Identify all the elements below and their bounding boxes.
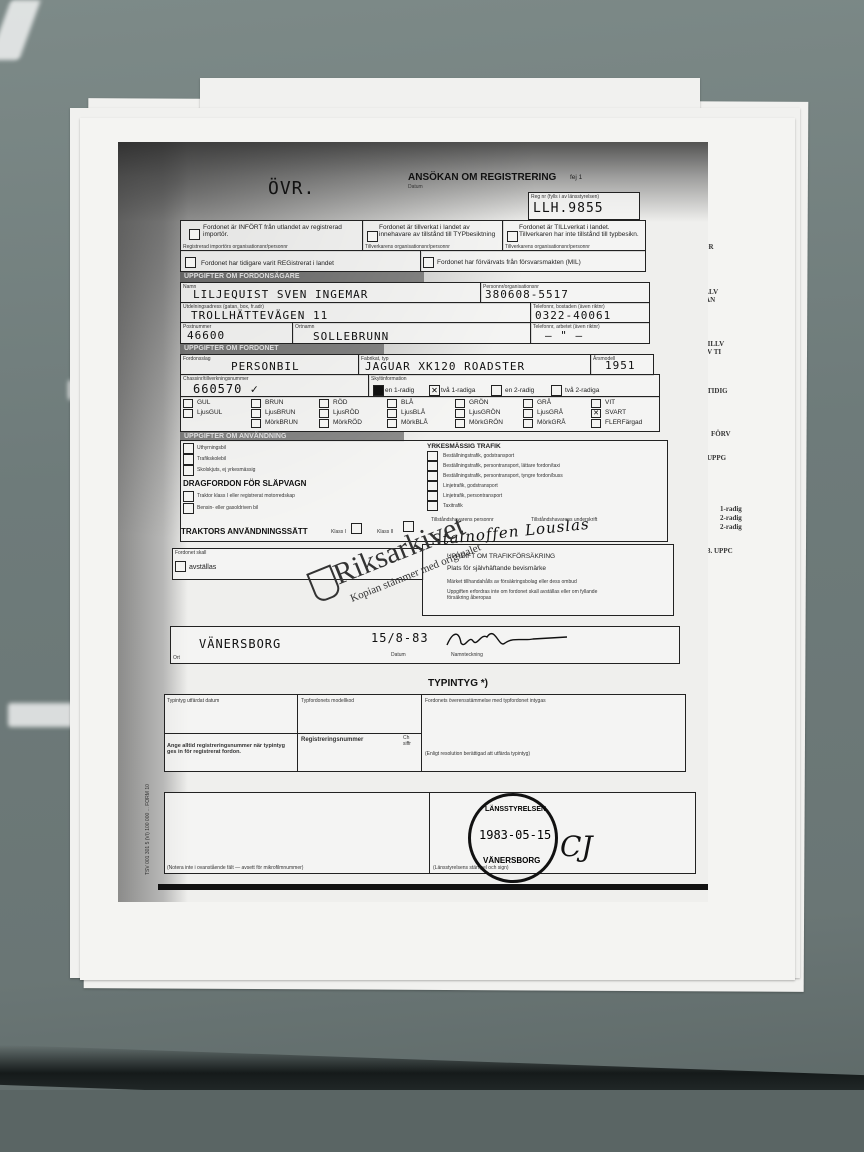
date-label-2: Datum <box>391 652 406 658</box>
divider <box>165 733 421 734</box>
plate-label: Skyltinformation <box>371 376 407 382</box>
import-checkbox[interactable] <box>189 229 200 240</box>
color-option: BRUN <box>265 399 283 406</box>
color-checkbox[interactable] <box>183 399 193 408</box>
address-value: TROLLHÄTTEVÄGEN 11 <box>191 309 328 322</box>
tc-note: Ange alltid registreringsnummer när typi… <box>167 743 291 755</box>
city-label: Ortnamn <box>295 324 314 330</box>
plate-option-2: två 1-radiga <box>441 387 475 394</box>
color-checkbox[interactable] <box>523 419 533 428</box>
color-checkbox[interactable] <box>251 399 261 408</box>
pnr-field: Personnr/organisationsnr 380608-5517 <box>480 282 650 304</box>
chassis-value: 660570 ✓ <box>193 382 259 396</box>
built-text: Fordonet är tillverkat i landet av inneh… <box>379 224 499 238</box>
plate-option-4: två 2-radiga <box>565 387 599 394</box>
deregister-label: Fordonet skall <box>175 550 206 556</box>
use-item: Skolskjuts, ej yrkesmässig <box>197 467 255 473</box>
prev-reg-text: Fordonet har tidigare varit REGistrerat … <box>201 260 334 267</box>
color-checkbox[interactable] <box>387 419 397 428</box>
stamp-top-text: LÄNSSTYRELSEN <box>485 806 546 813</box>
year-field: Årsmodell 1951 <box>590 354 654 376</box>
stamp-area: (Notera inte i ovanstående fält — avsett… <box>164 792 696 874</box>
plate-checkbox-1[interactable] <box>373 385 384 396</box>
color-checkbox[interactable] <box>455 419 465 428</box>
tow-item: Bensin- eller gasoldriven bil <box>197 505 258 511</box>
city-value: SOLLEBRUNN <box>313 330 389 343</box>
plate-checkbox-2[interactable]: ✕ <box>429 385 440 396</box>
mil-box: Fordonet har förvärvats från försvarsmak… <box>420 250 646 272</box>
car-body-lower <box>0 1090 864 1152</box>
mil-text: Fordonet har förvärvats från försvarsmak… <box>437 259 581 266</box>
address-field: Utdelningsadress (gatan, box, fr.adr) TR… <box>180 302 532 324</box>
type-cert-heading: TYPINTYG *) <box>428 678 488 689</box>
top-handwritten-note: ÖVR. <box>268 178 315 199</box>
year-value: 1951 <box>605 359 636 372</box>
deregister-text: avställas <box>189 564 216 571</box>
applicant-signature <box>443 629 573 651</box>
vehicle-section-header: UPPGIFTER OM FORDONET <box>180 344 384 354</box>
use-checkbox[interactable] <box>183 443 194 454</box>
color-option: LjusGUL <box>197 409 222 416</box>
prev-reg-box: Fordonet har tidigare varit REGistrerat … <box>180 250 422 272</box>
color-checkbox[interactable] <box>387 409 397 418</box>
color-option: BLÅ <box>401 399 413 406</box>
color-checkbox[interactable] <box>319 419 329 428</box>
type-value: PERSONBIL <box>231 360 300 373</box>
make-value: JAGUAR XK120 ROADSTER <box>365 360 525 373</box>
postal-field: Postnummer 46600 <box>180 322 294 344</box>
stamp-bottom-text: VÄNERSBORG <box>483 856 540 865</box>
bottom-left-label: (Notera inte i ovanstående fält — avsett… <box>167 865 303 871</box>
reg-number: LLH.9855 <box>533 201 604 216</box>
side-print: TSV 001 301 5 (VI) 100 000 ... FORM 10 <box>145 695 151 875</box>
phone-work-field: Telefonnr, arbetet (även riktnr) — " — <box>530 322 650 344</box>
color-checkbox[interactable] <box>387 399 397 408</box>
place-label: Ort <box>173 655 180 661</box>
use-checkbox[interactable] <box>183 465 194 476</box>
color-option: MörkGRÖN <box>469 419 503 426</box>
side-item: FÖRV <box>711 430 731 438</box>
tc-reg-label: Registreringsnummer <box>301 737 363 743</box>
color-option: MörkBLÅ <box>401 419 428 426</box>
tow-checkbox[interactable] <box>183 491 194 502</box>
use-checkbox[interactable] <box>183 454 194 465</box>
color-option: GUL <box>197 399 210 406</box>
color-checkbox[interactable]: ✕ <box>591 409 601 418</box>
plate-option-1: en 1-radig <box>385 387 414 394</box>
color-option: VIT <box>605 399 615 406</box>
color-option: MörkBRUN <box>265 419 298 426</box>
tc-conform-label: Fordonets överensstämmelse med typfordon… <box>425 698 546 704</box>
chassis-field: Chassinr/tillverkningsnummer 660570 ✓ <box>180 374 370 398</box>
side-item: 2-radig <box>720 514 742 522</box>
built-checkbox[interactable] <box>367 231 378 242</box>
official-stamp: LÄNSSTYRELSEN 1983-05-15 VÄNERSBORG <box>468 793 558 883</box>
color-checkbox[interactable] <box>183 409 193 418</box>
color-checkbox[interactable] <box>591 399 601 408</box>
phone-home-value: 0322-40061 <box>535 309 611 322</box>
name-field: Namn LILJEQUIST SVEN INGEMAR <box>180 282 482 304</box>
color-checkbox[interactable] <box>591 419 601 428</box>
side-item: 1-radig <box>720 505 742 513</box>
color-option: GRÅ <box>537 399 551 406</box>
postal-value: 46600 <box>187 329 225 342</box>
tc-model-label: Typfordonets modellkod <box>301 698 354 704</box>
color-option: LjusRÖD <box>333 409 359 416</box>
window-reflection <box>0 0 41 60</box>
use-item: Trafikskolebil <box>197 456 226 462</box>
plate-option-3: en 2-radig <box>505 387 534 394</box>
color-checkbox[interactable] <box>319 409 329 418</box>
deregister-checkbox[interactable] <box>175 561 186 572</box>
pnr-value: 380608-5517 <box>485 288 569 301</box>
bottom-bar <box>158 884 708 890</box>
divider <box>421 695 422 771</box>
reg-number-box: Reg nr (fylls i av länsstyrelsen) LLH.98… <box>528 192 640 220</box>
color-option: LjusGRÅ <box>537 409 563 416</box>
color-option: MörkRÖD <box>333 419 362 426</box>
color-checkbox[interactable] <box>523 399 533 408</box>
tc-ch-label: Ch siffr <box>403 735 417 747</box>
signature-row: VÄNERSBORG Ort 15/8-83 Datum Namntecknin… <box>170 626 680 664</box>
color-option: LjusBLÅ <box>401 409 425 416</box>
color-option: MörkGRÅ <box>537 419 566 426</box>
built2-checkbox[interactable] <box>507 231 518 242</box>
side-item: 2-radig <box>720 523 742 531</box>
stamp-signature: CJ <box>560 830 593 863</box>
color-option: LjusBRUN <box>265 409 295 416</box>
reg-label: Reg nr (fylls i av länsstyrelsen) <box>531 194 599 200</box>
city-field: Ortnamn SOLLEBRUNN <box>292 322 532 344</box>
color-option: LjusGRÖN <box>469 409 500 416</box>
type-field: Fordonsslag PERSONBIL <box>180 354 360 376</box>
place-value: VÄNERSBORG <box>199 637 281 651</box>
make-field: Fabrikat, typ JAGUAR XK120 ROADSTER <box>358 354 592 376</box>
tc-date-label: Typintyg utfärdat datum <box>167 698 219 704</box>
tc-resolution: (Enligt resolution berättigad att utfärd… <box>425 751 530 757</box>
mil-checkbox[interactable] <box>423 257 434 268</box>
color-checkbox[interactable] <box>455 409 465 418</box>
tow-heading: DRAGFORDON FÖR SLÄPVAGN <box>183 479 306 488</box>
import-text: Fordonet är INFÖRT från utlandet av regi… <box>203 224 353 238</box>
name-value: LILJEQUIST SVEN INGEMAR <box>193 288 368 301</box>
color-option: RÖD <box>333 399 347 406</box>
prev-reg-checkbox[interactable] <box>185 257 196 268</box>
signature-label: Namnteckning <box>451 652 483 658</box>
form-title-suffix: fej 1 <box>570 174 582 181</box>
plate-checkbox-3[interactable] <box>491 385 502 396</box>
side-item: 3. UPPC <box>707 547 733 555</box>
plate-field: Skyltinformation en 1-radig ✕ två 1-radi… <box>368 374 660 398</box>
color-grid: GULLjusGULBRUNLjusBRUNMörkBRUNRÖDLjusRÖD… <box>180 396 660 432</box>
type-label: Fordonsslag <box>183 356 211 362</box>
import-box: Fordonet är INFÖRT från utlandet av regi… <box>180 220 364 252</box>
phone-home-field: Telefonnr, bostaden (även riktnr) 0322-4… <box>530 302 650 324</box>
color-checkbox[interactable] <box>523 409 533 418</box>
built2-text: Fordonet är TILLverkat i landet. Tillver… <box>519 224 643 238</box>
date-label: Datum <box>408 184 423 190</box>
use-item: Uthyrningsbil <box>197 445 226 451</box>
tow-item: Traktor klass I eller registrerat motorr… <box>197 493 295 499</box>
side-item: TIDIG <box>707 387 728 395</box>
color-checkbox[interactable] <box>455 399 465 408</box>
color-option: FLERFärgad <box>605 419 642 426</box>
form-title: ANSÖKAN OM REGISTRERING <box>408 172 556 183</box>
color-checkbox[interactable] <box>319 399 329 408</box>
type-cert-grid: Typintyg utfärdat datum Typfordonets mod… <box>164 694 686 772</box>
tow-checkbox[interactable] <box>183 503 194 514</box>
owner-section-header: UPPGIFTER OM FORDONSÄGARE <box>180 272 424 282</box>
built2-box: Fordonet är TILLverkat i landet. Tillver… <box>502 220 646 252</box>
color-option: GRÖN <box>469 399 489 406</box>
divider <box>429 793 430 873</box>
plate-checkbox-4[interactable] <box>551 385 562 396</box>
built-box: Fordonet är tillverkat i landet av inneh… <box>362 220 504 252</box>
color-checkbox[interactable] <box>251 409 261 418</box>
color-option: SVART <box>605 409 626 416</box>
phone-work-value: — " — <box>545 329 583 342</box>
stamp-date: 1983-05-15 <box>479 828 551 842</box>
color-checkbox[interactable] <box>251 419 261 428</box>
